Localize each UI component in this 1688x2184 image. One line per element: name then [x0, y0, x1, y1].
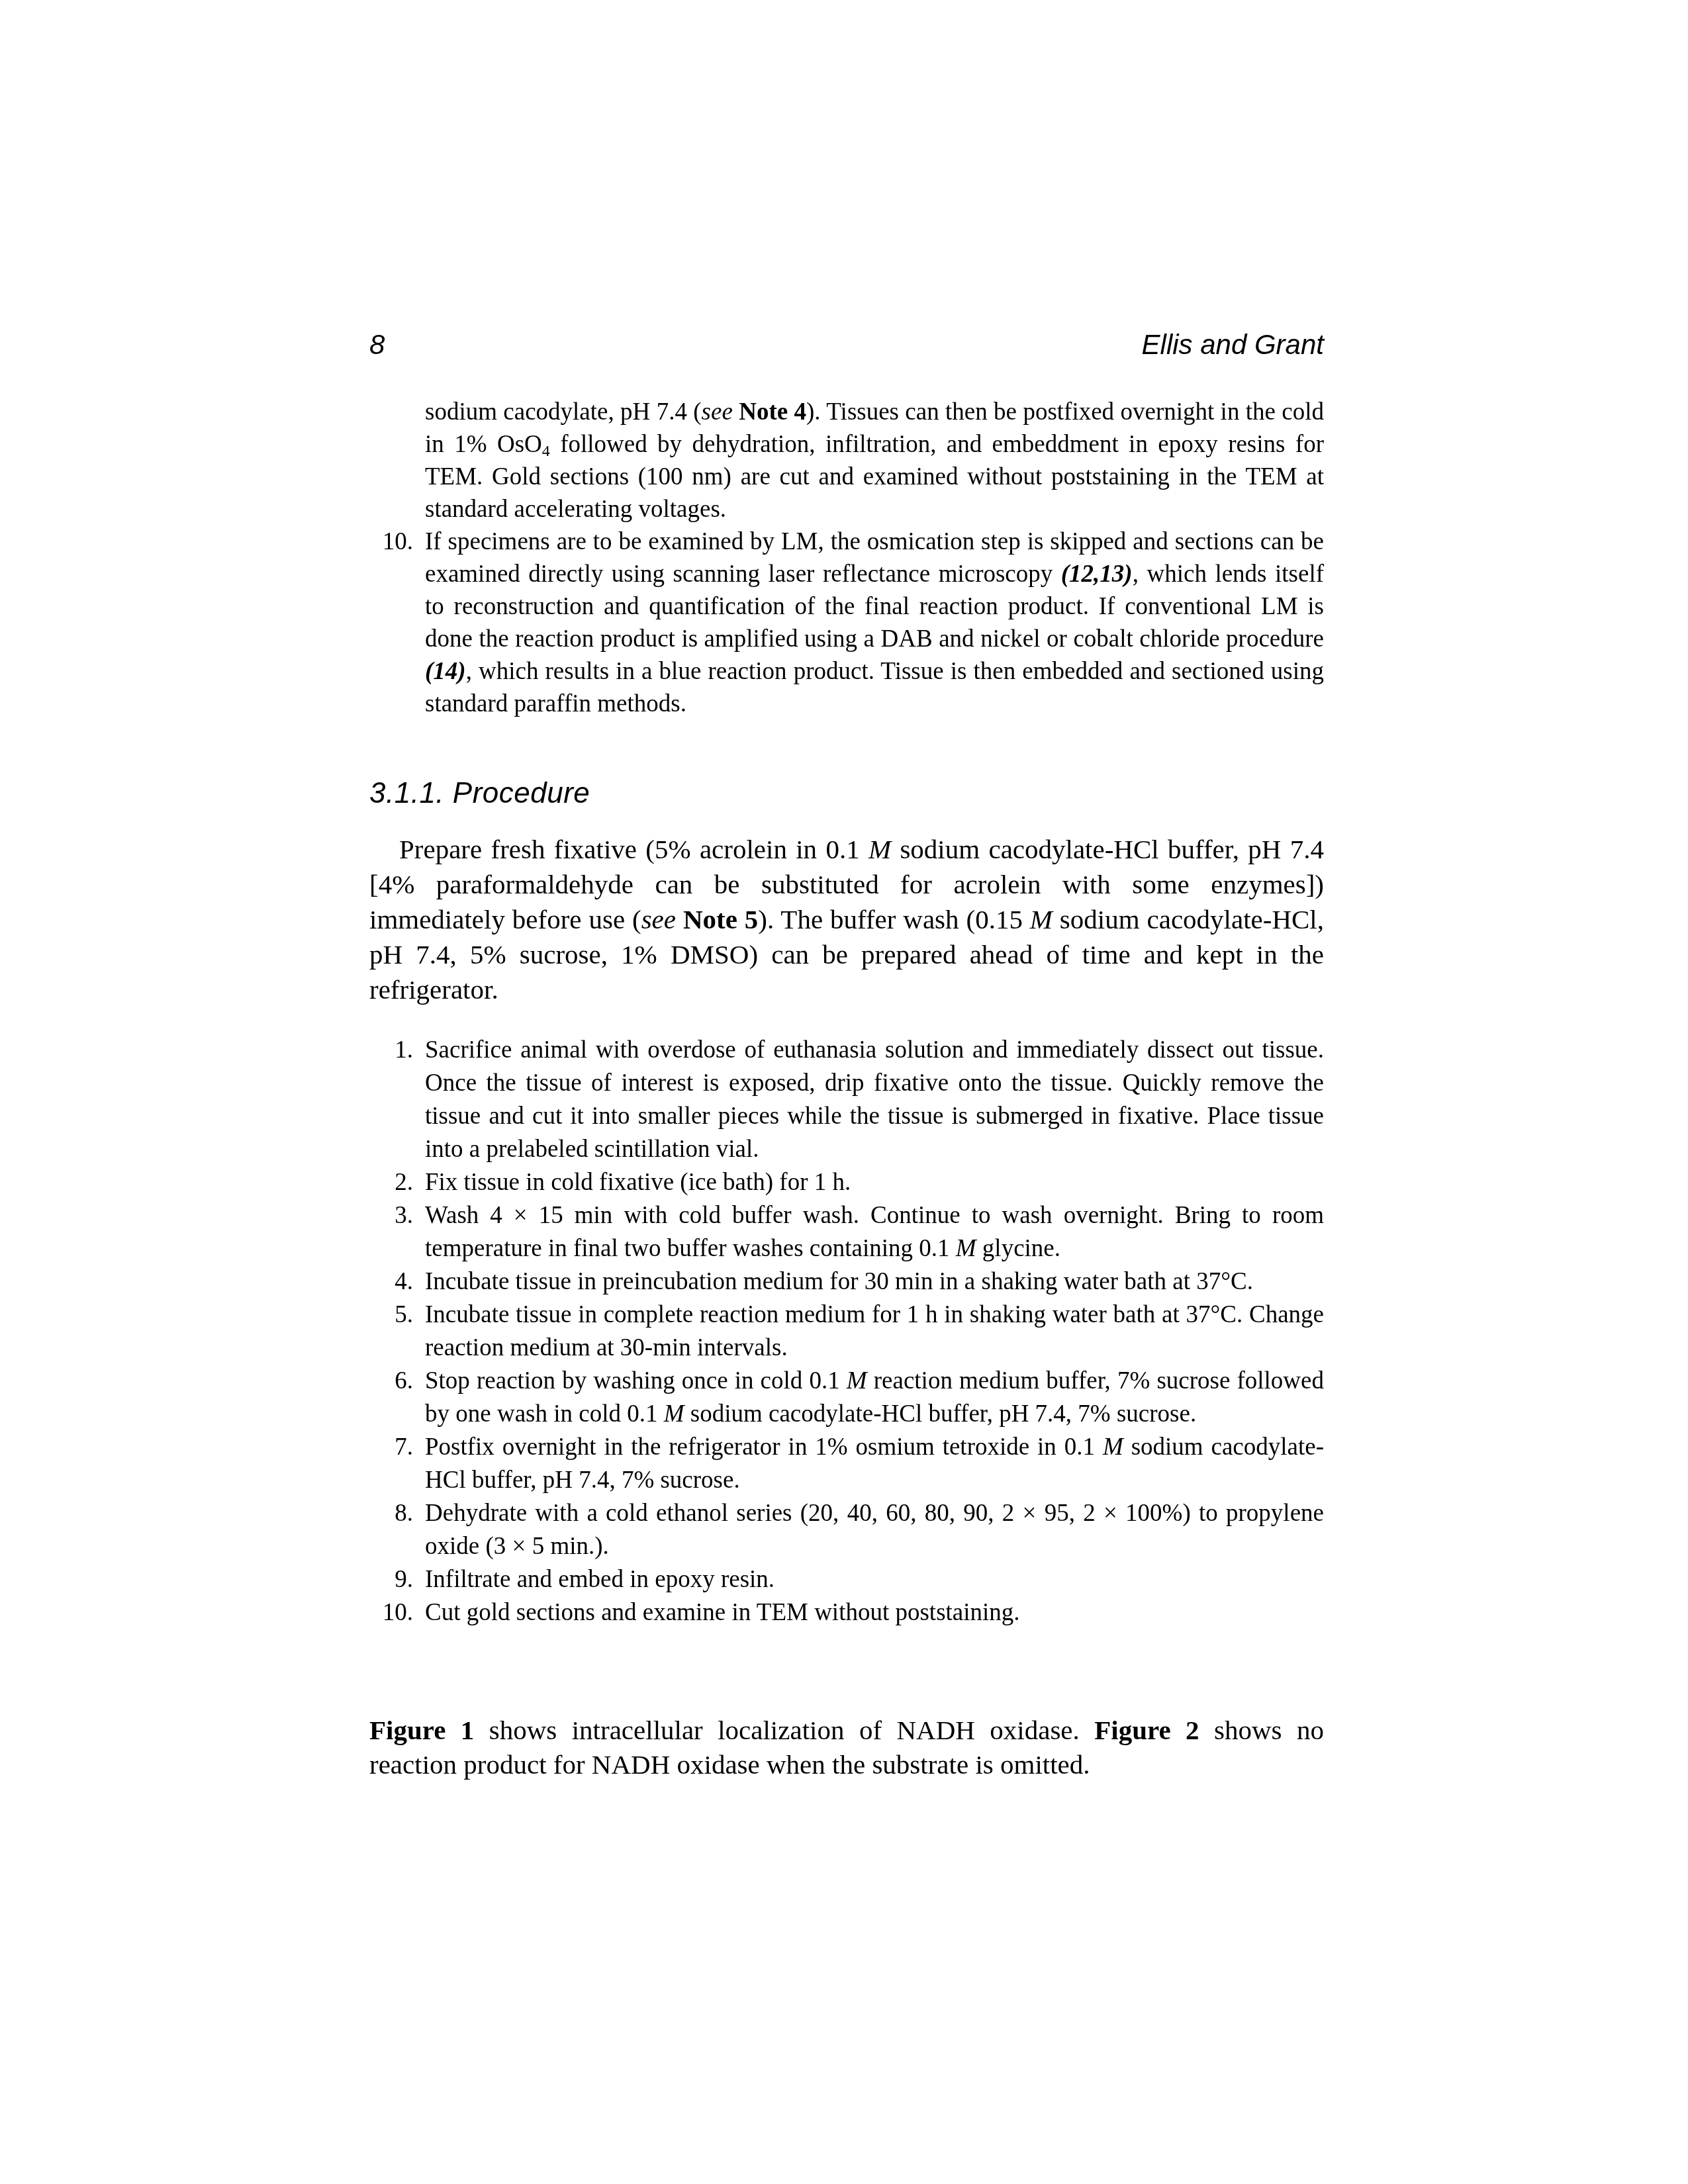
step-number: 2.: [369, 1166, 413, 1199]
procedure-step: 1. Sacrifice animal with overdose of eut…: [369, 1034, 1324, 1166]
step-text: Sacrifice animal with overdose of euthan…: [425, 1034, 1324, 1166]
step-number: 3.: [369, 1199, 413, 1232]
step-number: 10.: [369, 1596, 413, 1629]
step-text: Stop reaction by washing once in cold 0.…: [425, 1365, 1324, 1431]
step-text: Dehydrate with a cold ethanol series (20…: [425, 1497, 1324, 1563]
note-item-10-text: If specimens are to be examined by LM, t…: [425, 525, 1324, 720]
procedure-steps-list: 1. Sacrifice animal with overdose of eut…: [369, 1034, 1324, 1629]
note-item-10-number: 10.: [369, 525, 413, 558]
procedure-step: 4. Incubate tissue in preincubation medi…: [369, 1265, 1324, 1298]
procedure-step: 2. Fix tissue in cold fixative (ice bath…: [369, 1166, 1324, 1199]
step-text: Infiltrate and embed in epoxy resin.: [425, 1563, 1324, 1596]
note-item-10: 10. If specimens are to be examined by L…: [369, 525, 1324, 720]
procedure-step: 10. Cut gold sections and examine in TEM…: [369, 1596, 1324, 1629]
step-text: Postfix overnight in the refrigerator in…: [425, 1431, 1324, 1497]
step-text: Incubate tissue in complete reaction med…: [425, 1298, 1324, 1365]
procedure-intro-paragraph: Prepare fresh fixative (5% acrolein in 0…: [369, 832, 1324, 1007]
figure-reference-paragraph: Figure 1 shows intracellular localizatio…: [369, 1713, 1324, 1782]
notes-list-continuation: sodium cacodylate, pH 7.4 (see Note 4). …: [369, 396, 1324, 720]
step-number: 6.: [369, 1365, 413, 1398]
section-heading: 3.1.1. Procedure: [369, 777, 590, 810]
page-header: 8 Ellis and Grant: [369, 330, 1324, 360]
step-number: 5.: [369, 1298, 413, 1332]
step-number: 7.: [369, 1431, 413, 1464]
step-text: Cut gold sections and examine in TEM wit…: [425, 1596, 1324, 1629]
step-text: Fix tissue in cold fixative (ice bath) f…: [425, 1166, 1324, 1199]
note-continuation-paragraph: sodium cacodylate, pH 7.4 (see Note 4). …: [425, 396, 1324, 525]
page-number: 8: [369, 330, 385, 360]
book-page: 8 Ellis and Grant sodium cacodylate, pH …: [0, 0, 1688, 2184]
running-head-title: Ellis and Grant: [1142, 330, 1324, 360]
procedure-step: 9. Infiltrate and embed in epoxy resin.: [369, 1563, 1324, 1596]
procedure-step: 5. Incubate tissue in complete reaction …: [369, 1298, 1324, 1365]
procedure-step: 7. Postfix overnight in the refrigerator…: [369, 1431, 1324, 1497]
step-text: Incubate tissue in preincubation medium …: [425, 1265, 1324, 1298]
step-number: 1.: [369, 1034, 413, 1067]
step-text: Wash 4 × 15 min with cold buffer wash. C…: [425, 1199, 1324, 1265]
procedure-step: 8. Dehydrate with a cold ethanol series …: [369, 1497, 1324, 1563]
step-number: 4.: [369, 1265, 413, 1298]
procedure-step: 6. Stop reaction by washing once in cold…: [369, 1365, 1324, 1431]
step-number: 9.: [369, 1563, 413, 1596]
step-number: 8.: [369, 1497, 413, 1530]
procedure-step: 3. Wash 4 × 15 min with cold buffer wash…: [369, 1199, 1324, 1265]
